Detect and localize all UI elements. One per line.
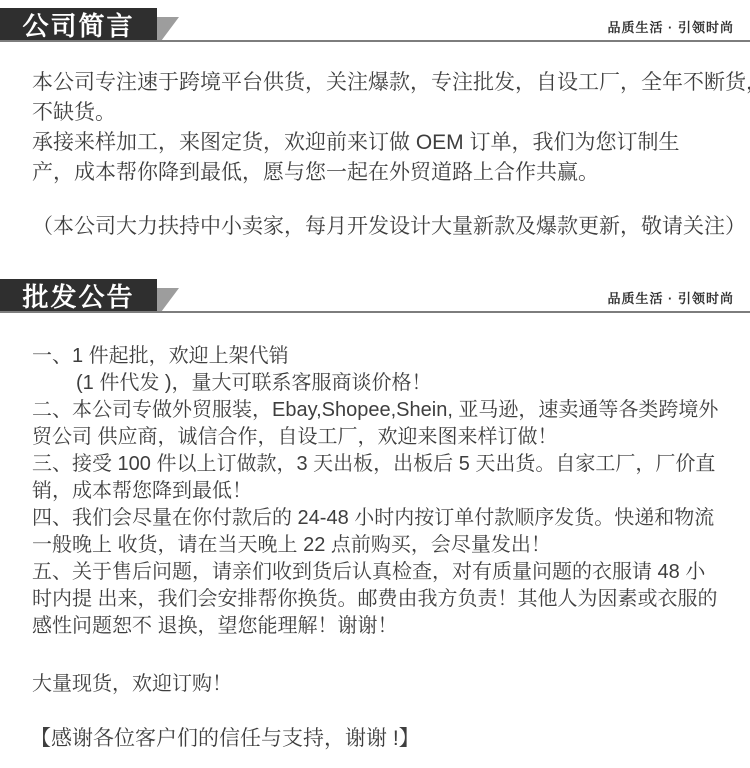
brand-tagline: 品质生活 · 引领时尚 <box>607 288 734 307</box>
wholesale-notice-title: 批发公告 <box>22 277 134 314</box>
thanks-line-text: 【感谢各位客户们的信任与支持，谢谢 !】 <box>30 724 746 754</box>
stock-line-text: 大量现货，欢迎订购！ <box>32 671 746 698</box>
wholesale-notice-header: 批发公告 品质生活 · 引领时尚 <box>0 279 750 313</box>
notice-line: 四、我们会尽量在你付款后的 24-48 小时内按订单付款顺序发货。快递和物流 <box>32 505 746 532</box>
intro-line: 本公司专注速于跨境平台供货，关注爆款，专注批发，自设工厂，全年不断货， <box>32 68 746 98</box>
intro-line: 产，成本帮你降到最低，愿与您一起在外贸道路上合作共赢。 <box>32 158 746 188</box>
stock-availability-line: 大量现货，欢迎订购！ <box>32 671 746 698</box>
brand-tagline: 品质生活 · 引领时尚 <box>607 17 734 36</box>
notice-line: 感性问题恕不 退换，望您能理解！谢谢！ <box>32 613 746 640</box>
ribbon-flag-shape <box>157 17 179 40</box>
notice-line: 五、关于售后问题，请亲们收到货后认真检查，对有质量问题的衣服请 48 小 <box>32 559 746 586</box>
notice-line: 时内提 出来，我们会安排帮你换货。邮费由我方负责！其他人为因素或衣服的 <box>32 586 746 613</box>
thanks-footer-line: 【感谢各位客户们的信任与支持，谢谢 !】 <box>30 724 746 754</box>
company-intro-header: 公司简言 品质生活 · 引领时尚 <box>0 8 750 42</box>
notice-line: 贸公司 供应商，诚信合作，自设工厂，欢迎来图来样订做！ <box>32 424 746 451</box>
notice-line: 三、接受 100 件以上订做款，3 天出板，出板后 5 天出货。自家工厂，厂价直 <box>32 451 746 478</box>
company-intro-title: 公司简言 <box>22 6 134 43</box>
intro-note-line: （本公司大力扶持中小卖家，每月开发设计大量新款及爆款更新，敬请关注） <box>32 212 746 242</box>
notice-line: 一、1 件起批，欢迎上架代销 <box>32 343 746 370</box>
wholesale-notice-title-box: 批发公告 <box>0 279 157 311</box>
company-intro-title-box: 公司简言 <box>0 8 157 40</box>
wholesale-notice-list: 一、1 件起批，欢迎上架代销 (1 件代发 )，量大可联系客服商谈价格！ 二、本… <box>32 343 746 640</box>
company-intro-paragraph: 本公司专注速于跨境平台供货，关注爆款，专注批发，自设工厂，全年不断货， 不缺货。… <box>32 68 746 188</box>
notice-line: 二、本公司专做外贸服装，Ebay,Shopee,Shein, 亚马逊，速卖通等各… <box>32 397 746 424</box>
notice-line: (1 件代发 )，量大可联系客服商谈价格！ <box>32 370 746 397</box>
notice-line: 一般晚上 收货，请在当天晚上 22 点前购买，会尽量发出！ <box>32 532 746 559</box>
ribbon-flag-shape <box>157 288 179 311</box>
notice-line: 销，成本帮您降到最低！ <box>32 478 746 505</box>
company-intro-note: （本公司大力扶持中小卖家，每月开发设计大量新款及爆款更新，敬请关注） <box>32 212 746 242</box>
intro-line: 不缺货。 <box>32 98 746 128</box>
intro-line: 承接来样加工，来图定货，欢迎前来订做 OEM 订单，我们为您订制生 <box>32 128 746 158</box>
